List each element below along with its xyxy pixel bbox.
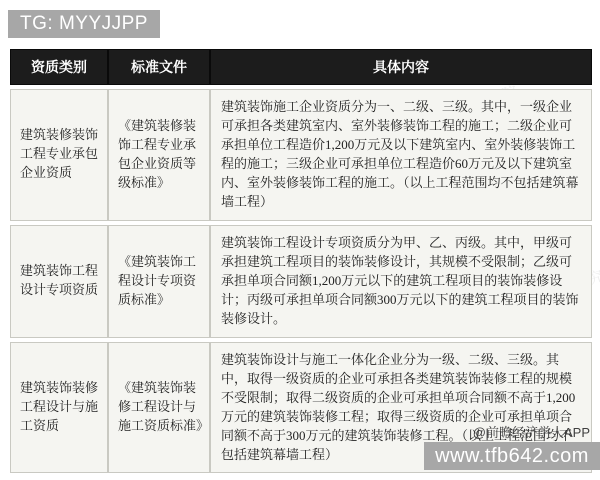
- table-header-row: 资质类别 标准文件 具体内容: [10, 49, 592, 85]
- cell-category: 建筑装饰装修工程设计与施工资质: [10, 342, 108, 474]
- cell-standard: 《建筑装饰工程设计专项资质标准》: [108, 225, 210, 338]
- cell-standard: 《建筑装饰装修工程设计与施工资质标准》: [108, 342, 210, 474]
- table-row: 建筑装饰工程设计专项资质 《建筑装饰工程设计专项资质标准》 建筑装饰工程设计专项…: [10, 225, 592, 338]
- site-watermark: www.tfb642.com: [424, 442, 600, 470]
- site-watermark-label: www.tfb642.com: [435, 445, 589, 468]
- cell-category: 建筑装修装饰工程专业承包企业资质: [10, 89, 108, 221]
- table-row: 建筑装修装饰工程专业承包企业资质 《建筑装修装饰工程专业承包企业资质等级标准》 …: [10, 89, 592, 221]
- column-header-standard: 标准文件: [108, 49, 210, 85]
- column-header-content: 具体内容: [210, 49, 592, 85]
- column-header-category: 资质类别: [10, 49, 108, 85]
- cell-content: 建筑装饰工程设计专项资质分为甲、乙、丙级。其中，甲级可承担建筑工程项目的装饰装修…: [210, 225, 592, 338]
- cell-content: 建筑装饰施工企业资质分为一、二级、三级。其中，一级企业可承担各类建筑室内、室外装…: [210, 89, 592, 221]
- tag-bar: TG: MYYJJPP: [8, 10, 160, 38]
- tag-bar-label: TG: MYYJJPP: [20, 13, 148, 35]
- cell-standard: 《建筑装修装饰工程专业承包企业资质等级标准》: [108, 89, 210, 221]
- source-credit: @前瞻经济学人APP: [473, 422, 590, 441]
- cell-category: 建筑装饰工程设计专项资质: [10, 225, 108, 338]
- qualification-table: 资质类别 标准文件 具体内容 建筑装修装饰工程专业承包企业资质 《建筑装修装饰工…: [10, 45, 592, 477]
